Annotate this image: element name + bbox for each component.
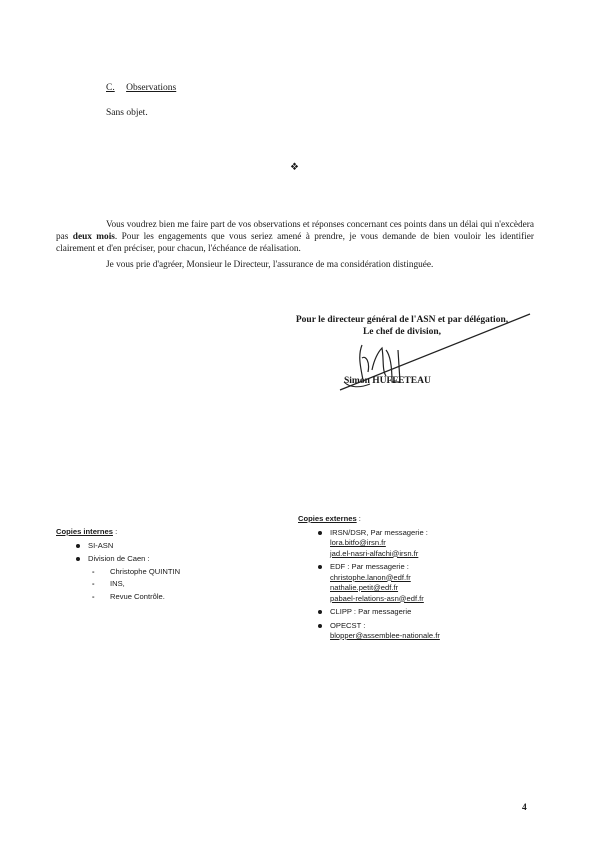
separator-ornament-icon: ❖: [290, 162, 299, 173]
list-item: SI-ASN: [56, 541, 276, 552]
section-heading: C. Observations: [106, 83, 176, 93]
paragraph-closing: Je vous prie d'agréer, Monsieur le Direc…: [56, 259, 534, 271]
email-link[interactable]: blopper@assemblee-nationale.fr: [330, 631, 518, 642]
list-item-label: Division de Caen :: [88, 554, 150, 563]
list-item-label: CLIPP : Par messagerie: [330, 607, 411, 616]
list-item: Division de Caen :: [56, 554, 276, 565]
email-link[interactable]: jad.el-nasri-alfachi@irsn.fr: [330, 549, 518, 560]
copies-internes-heading: Copies internes: [56, 527, 113, 536]
list-item: CLIPP : Par messagerie: [298, 607, 518, 618]
list-item: IRSN/DSR, Par messagerie : lora.bitfo@ir…: [298, 528, 518, 560]
section-title: Observations: [126, 83, 176, 93]
page-number: 4: [522, 803, 527, 813]
paragraph-request-deadline: deux mois: [73, 232, 115, 242]
copies-internes-colon: :: [113, 527, 117, 536]
section-body: Sans objet.: [106, 108, 148, 118]
email-link[interactable]: nathalie.petit@edf.fr: [330, 583, 518, 594]
copies-internes: Copies internes : SI-ASN Division de Cae…: [56, 527, 276, 602]
list-item: OPECST : blopper@assemblee-nationale.fr: [298, 621, 518, 642]
list-item-label: IRSN/DSR, Par messagerie :: [330, 528, 428, 537]
email-link[interactable]: pabael-relations-asn@edf.fr: [330, 594, 518, 605]
handwritten-signature-icon: [300, 310, 540, 400]
email-link[interactable]: christophe.lanon@edf.fr: [330, 573, 518, 584]
list-item-label: EDF : Par messagerie :: [330, 562, 409, 571]
paragraph-request: Vous voudrez bien me faire part de vos o…: [56, 219, 534, 256]
copies-externes-heading: Copies externes: [298, 514, 357, 523]
list-item: EDF : Par messagerie : christophe.lanon@…: [298, 562, 518, 604]
email-link[interactable]: lora.bitfo@irsn.fr: [330, 538, 518, 549]
sub-list-item: INS,: [88, 579, 276, 590]
list-item-label: OPECST :: [330, 621, 365, 630]
sub-list-item: Christophe QUINTIN: [88, 567, 276, 578]
copies-externes-colon: :: [357, 514, 361, 523]
signatory-name: Simon HUFFETEAU: [344, 376, 431, 386]
copies-externes: Copies externes : IRSN/DSR, Par messager…: [298, 514, 518, 642]
sub-list-item: Revue Contrôle.: [88, 592, 276, 603]
paragraph-request-end: . Pour les engagements que vous seriez a…: [56, 232, 534, 254]
section-letter: C.: [106, 83, 115, 93]
